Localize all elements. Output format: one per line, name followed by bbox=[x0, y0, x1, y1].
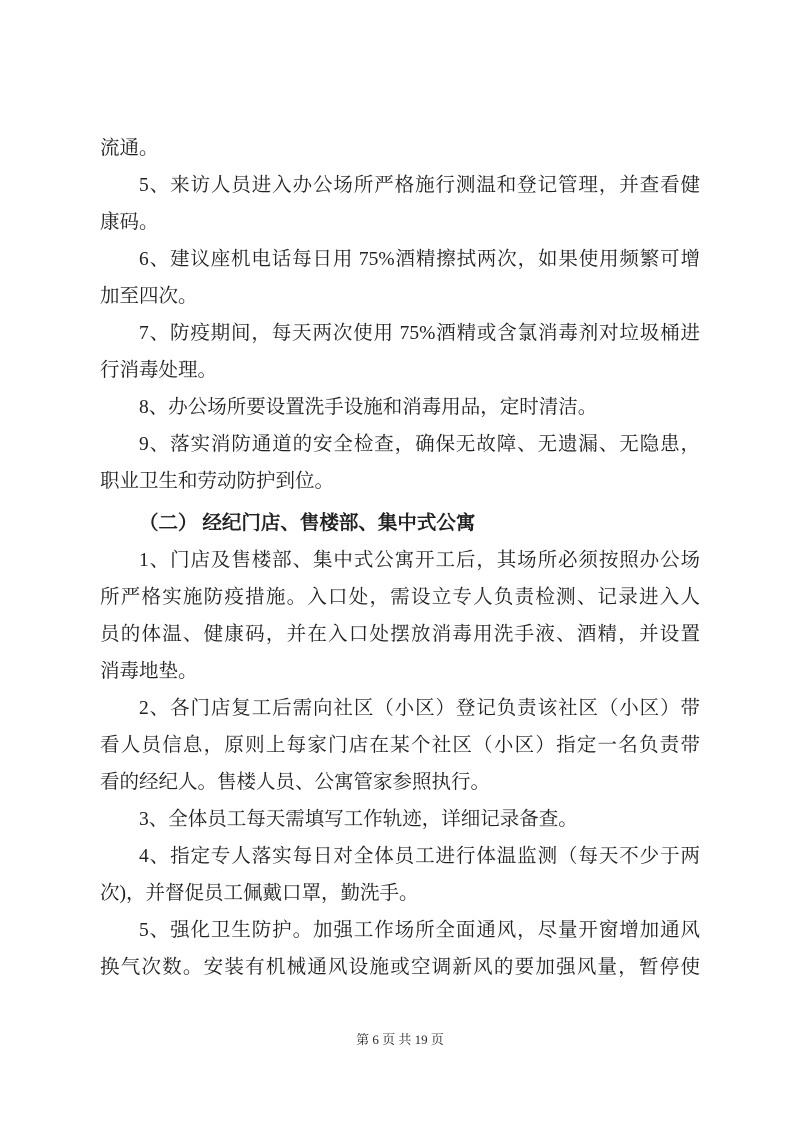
text-line: 8、办公场所要设置洗手设施和消毒用品，定时清洁。 bbox=[100, 389, 700, 426]
text-line: 职业卫生和劳动防护到位。 bbox=[100, 463, 700, 500]
text-line: 加至四次。 bbox=[100, 278, 700, 315]
section-heading: （二） 经纪门店、售楼部、集中式公寓 bbox=[100, 505, 700, 542]
text-line: 所严格实施防疫措施。入口处，需设立专人负责检测、记录进入人 bbox=[100, 579, 700, 616]
document-page: 流通。5、来访人员进入办公场所严格施行测温和登记管理，并查看健康码。6、建议座机… bbox=[0, 0, 800, 1131]
text-line: 4、指定专人落实每日对全体员工进行体温监测（每天不少于两 bbox=[100, 838, 700, 875]
text-line: 1、门店及售楼部、集中式公寓开工后，其场所必须按照办公场 bbox=[100, 542, 700, 579]
page-number-label: 第 6 页 共 19 页 bbox=[356, 1032, 444, 1047]
text-line: 消毒地垫。 bbox=[100, 653, 700, 690]
document-body: 流通。5、来访人员进入办公场所严格施行测温和登记管理，并查看健康码。6、建议座机… bbox=[100, 130, 700, 986]
text-line: 换气次数。安装有机械通风设施或空调新风的要加强风量，暂停使 bbox=[100, 949, 700, 986]
text-line: 看的经纪人。售楼人员、公寓管家参照执行。 bbox=[100, 764, 700, 801]
text-line: 5、来访人员进入办公场所严格施行测温和登记管理，并查看健 bbox=[100, 167, 700, 204]
text-line: 行消毒处理。 bbox=[100, 352, 700, 389]
text-line: 流通。 bbox=[100, 130, 700, 167]
text-line: 2、各门店复工后需向社区（小区）登记负责该社区（小区）带 bbox=[100, 690, 700, 727]
text-line: 9、落实消防通道的安全检查，确保无故障、无遗漏、无隐患， bbox=[100, 426, 700, 463]
text-line: 看人员信息，原则上每家门店在某个社区（小区）指定一名负责带 bbox=[100, 727, 700, 764]
text-line: 5、强化卫生防护。加强工作场所全面通风，尽量开窗增加通风 bbox=[100, 912, 700, 949]
text-line: 次)，并督促员工佩戴口罩，勤洗手。 bbox=[100, 875, 700, 912]
page-footer: 第 6 页 共 19 页 bbox=[0, 1030, 800, 1050]
text-line: 3、全体员工每天需填写工作轨迹，详细记录备查。 bbox=[100, 801, 700, 838]
text-line: 康码。 bbox=[100, 204, 700, 241]
text-line: 6、建议座机电话每日用 75%酒精擦拭两次，如果使用频繁可增 bbox=[100, 241, 700, 278]
text-line: 7、防疫期间，每天两次使用 75%酒精或含氯消毒剂对垃圾桶进 bbox=[100, 315, 700, 352]
text-line: 员的体温、健康码，并在入口处摆放消毒用洗手液、酒精，并设置 bbox=[100, 616, 700, 653]
